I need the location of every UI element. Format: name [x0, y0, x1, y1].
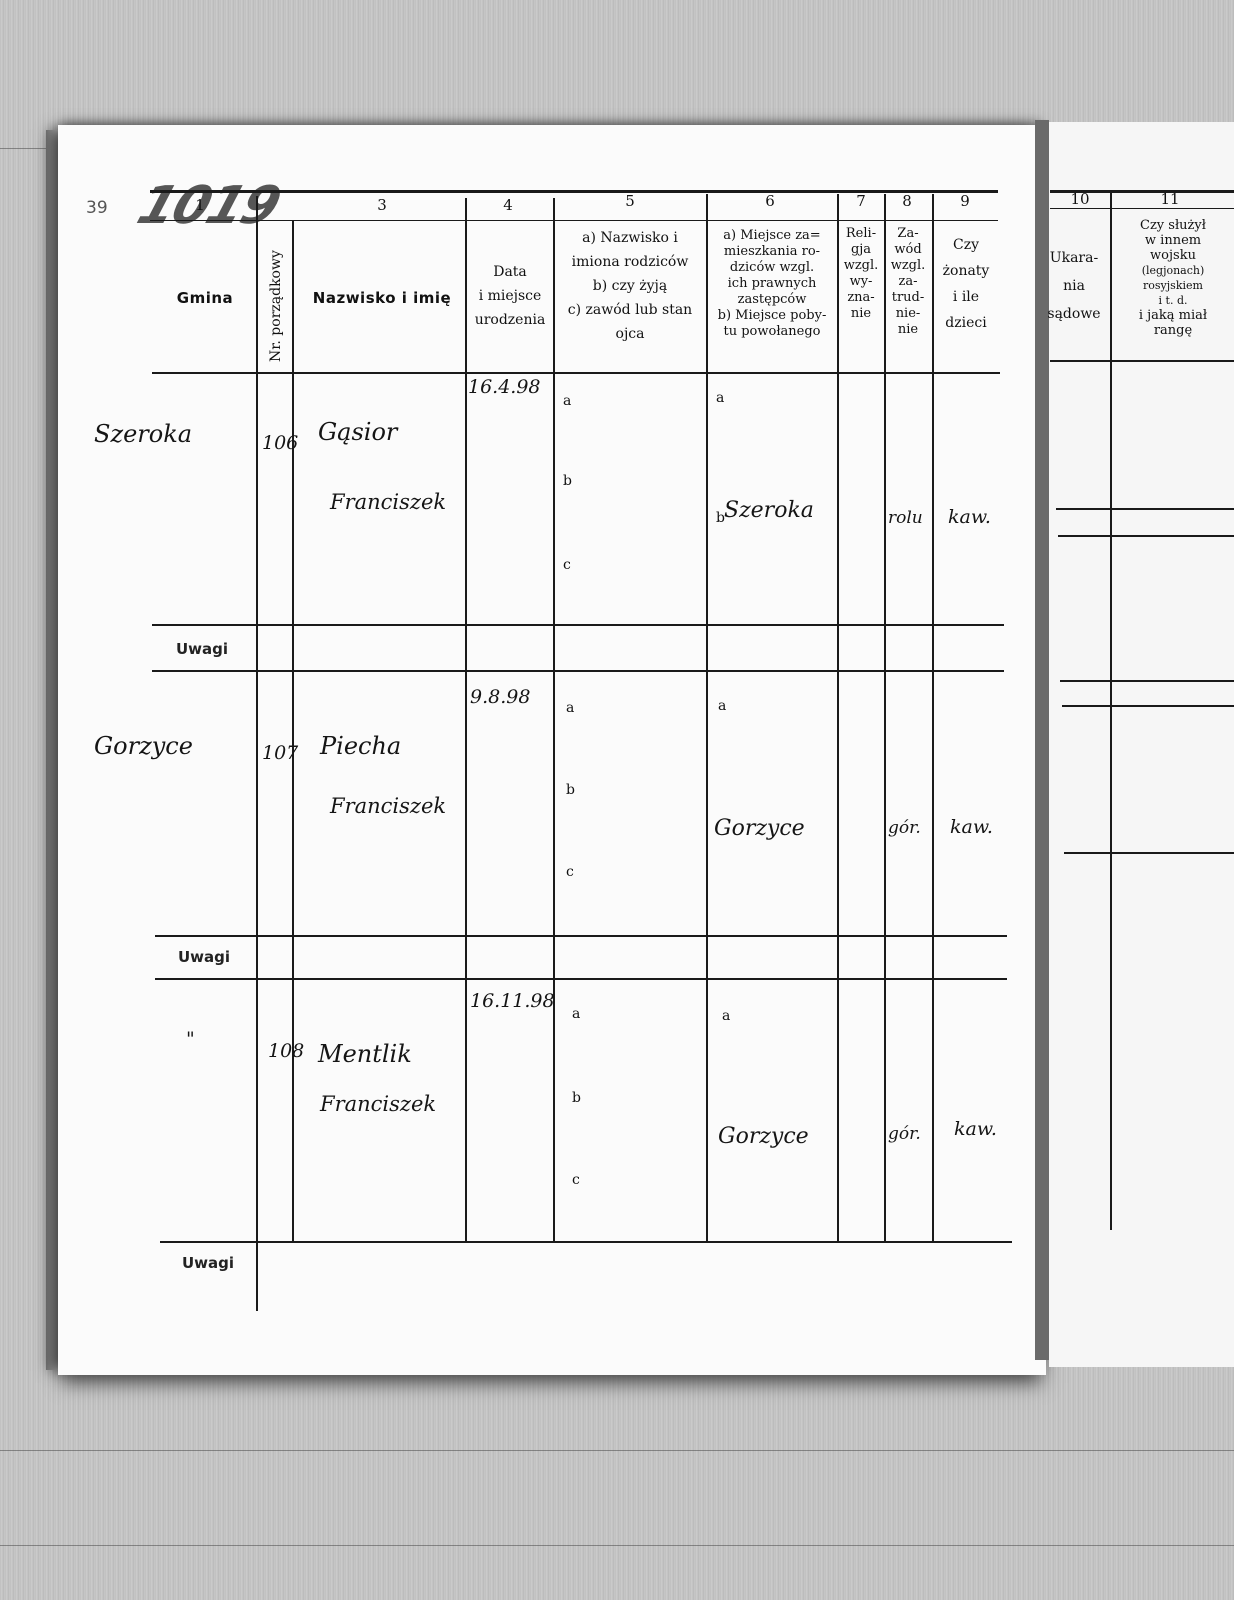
- header-line: tu powołanego: [706, 324, 838, 340]
- entry-given-name: Franciszek: [330, 490, 446, 514]
- column-number-rule: [150, 220, 998, 221]
- column-number-11: 11: [1150, 190, 1190, 208]
- sub-label-a: a: [563, 393, 571, 409]
- header-line: ojca: [554, 322, 706, 346]
- header-zawod: Za- wód wzgl. za- trud- nie- nie: [884, 226, 932, 338]
- header-line: i jaką miał: [1112, 308, 1234, 323]
- header-line: Za-: [884, 226, 932, 242]
- sub-label-c: c: [563, 557, 571, 573]
- header-line: Czy służył: [1112, 218, 1234, 233]
- row-rule-right: [1062, 705, 1234, 707]
- column-divider: [553, 198, 555, 1242]
- header-line: i miejsce: [466, 284, 554, 308]
- header-line: Czy: [934, 232, 998, 258]
- entry-occupation: gór.: [888, 818, 921, 838]
- header-line: a) Miejsce za=: [706, 228, 838, 244]
- column-number-3: 3: [352, 196, 412, 214]
- header-line: Data: [466, 260, 554, 284]
- column-number-8: 8: [892, 192, 922, 210]
- entry-marital-status: kaw.: [950, 816, 993, 838]
- column-number-1: 1: [170, 196, 230, 214]
- entry-nr: 106: [262, 432, 298, 454]
- entry-marital-status: kaw.: [954, 1118, 997, 1140]
- column-divider: [292, 220, 294, 1242]
- background-rule: [0, 1450, 1234, 1451]
- background-rule: [0, 1545, 1234, 1546]
- sub-label-a: a: [722, 1008, 730, 1024]
- entry-nr: 108: [268, 1040, 304, 1062]
- entry-birth-date: 16.4.98: [468, 376, 541, 398]
- column-number-10: 10: [1060, 190, 1100, 208]
- entry-gmina-ditto: ": [186, 1028, 195, 1050]
- entry-gmina: Gorzyce: [94, 732, 193, 760]
- column-number-9: 9: [945, 192, 985, 210]
- header-line: zna-: [838, 290, 884, 306]
- header-line: i t. d.: [1112, 293, 1234, 308]
- entry-residence: Szeroka: [724, 498, 814, 523]
- header-line: urodzenia: [466, 308, 554, 332]
- header-line: nie: [838, 306, 884, 322]
- sub-label-c: c: [566, 864, 574, 880]
- row-rule: [152, 624, 1004, 626]
- header-line: żonaty: [934, 258, 998, 284]
- sub-label-b: b: [566, 782, 575, 798]
- entry-nr: 107: [262, 742, 298, 764]
- row-rule-right: [1056, 508, 1234, 510]
- remarks-label-1: Uwagi: [176, 640, 228, 658]
- pencil-page-mark: 39: [86, 198, 108, 218]
- column-divider: [837, 194, 839, 1242]
- header-line: wy-: [838, 274, 884, 290]
- header-line: imiona rodziców: [554, 250, 706, 274]
- column-number-4: 4: [478, 196, 538, 214]
- entry-residence: Gorzyce: [714, 816, 805, 841]
- header-bottom-rule: [152, 372, 1000, 374]
- column-number-7: 7: [846, 192, 876, 210]
- header-religja: Reli- gja wzgl. wy- zna- nie: [838, 226, 884, 322]
- header-line: wzgl.: [884, 258, 932, 274]
- remarks-label-3: Uwagi: [182, 1254, 234, 1272]
- entry-gmina: Szeroka: [94, 420, 192, 448]
- column-number-6: 6: [740, 192, 800, 210]
- entry-surname: Piecha: [320, 732, 401, 760]
- header-line: a) Nazwisko i: [554, 226, 706, 250]
- sub-label-c: c: [572, 1172, 580, 1188]
- column-number-5: 5: [600, 192, 660, 210]
- column-divider: [256, 196, 258, 1311]
- column-number-rule-right: [1050, 208, 1234, 209]
- sub-label-a: a: [572, 1006, 580, 1022]
- header-line: dziców wzgl.: [706, 260, 838, 276]
- header-bottom-rule-right: [1050, 360, 1234, 362]
- header-line: wód: [884, 242, 932, 258]
- header-sluzba-wojskowa: Czy służył w innem wojsku (legjonach) ro…: [1112, 218, 1234, 338]
- header-nr-porzadkowy: Nr. porządkowy: [268, 250, 284, 362]
- remarks-label-2: Uwagi: [178, 948, 230, 966]
- header-data-urodzenia: Data i miejsce urodzenia: [466, 260, 554, 332]
- header-czy-zonaty: Czy żonaty i ile dzieci: [934, 232, 998, 336]
- header-ukarania: Ukara- nia sądowe: [1040, 244, 1108, 328]
- header-line: Ukara-: [1040, 244, 1108, 272]
- sub-label-a: a: [718, 698, 726, 714]
- header-line: gja: [838, 242, 884, 258]
- header-line: nie: [884, 322, 932, 338]
- column-divider: [884, 194, 886, 1242]
- entry-residence: Gorzyce: [718, 1124, 809, 1149]
- entry-birth-date: 9.8.98: [470, 686, 530, 708]
- header-line: b) Miejsce poby-: [706, 308, 838, 324]
- row-rule: [152, 670, 1004, 672]
- entry-occupation: gór.: [888, 1124, 921, 1144]
- column-divider: [706, 194, 708, 1242]
- header-line: dzieci: [934, 310, 998, 336]
- row-rule-right: [1060, 680, 1234, 682]
- sub-label-a: a: [716, 390, 724, 406]
- sub-label-b: b: [563, 473, 572, 489]
- sub-label-a: a: [566, 700, 574, 716]
- entry-given-name: Franciszek: [320, 1092, 436, 1116]
- header-line: b) czy żyją: [554, 274, 706, 298]
- header-miejsce-zamieszkania: a) Miejsce za= mieszkania ro- dziców wzg…: [706, 228, 838, 340]
- entry-occupation: rolu: [888, 508, 923, 528]
- entry-given-name: Franciszek: [330, 794, 446, 818]
- header-rodzice: a) Nazwisko i imiona rodziców b) czy żyj…: [554, 226, 706, 346]
- entry-marital-status: kaw.: [948, 506, 991, 528]
- sub-label-b: b: [572, 1090, 581, 1106]
- header-line: sądowe: [1040, 300, 1108, 328]
- entry-birth-date: 16.11.98: [470, 990, 555, 1012]
- header-line: mieszkania ro-: [706, 244, 838, 260]
- header-nazwisko-imie: Nazwisko i imię: [298, 290, 466, 306]
- header-line: wzgl.: [838, 258, 884, 274]
- header-line: c) zawód lub stan: [554, 298, 706, 322]
- header-line: rangę: [1112, 323, 1234, 338]
- entry-surname: Gąsior: [318, 418, 397, 446]
- header-line: (legjonach): [1112, 263, 1234, 278]
- header-line: nie-: [884, 306, 932, 322]
- header-line: i ile: [934, 284, 998, 310]
- header-line: za-: [884, 274, 932, 290]
- header-line: ich prawnych: [706, 276, 838, 292]
- header-line: trud-: [884, 290, 932, 306]
- header-line: wojsku: [1112, 248, 1234, 263]
- header-line: Reli-: [838, 226, 884, 242]
- column-divider: [465, 198, 467, 1242]
- row-rule-right: [1064, 852, 1234, 854]
- row-rule: [155, 978, 1007, 980]
- header-line: rosyjskiem: [1112, 278, 1234, 293]
- row-rule-right: [1058, 535, 1234, 537]
- header-line: nia: [1040, 272, 1108, 300]
- column-divider: [932, 194, 934, 1242]
- header-line: w innem: [1112, 233, 1234, 248]
- column-divider-right: [1110, 190, 1112, 1230]
- header-line: zastępców: [706, 292, 838, 308]
- entry-surname: Mentlik: [318, 1040, 412, 1068]
- header-gmina: Gmina: [160, 290, 250, 306]
- row-rule: [155, 935, 1007, 937]
